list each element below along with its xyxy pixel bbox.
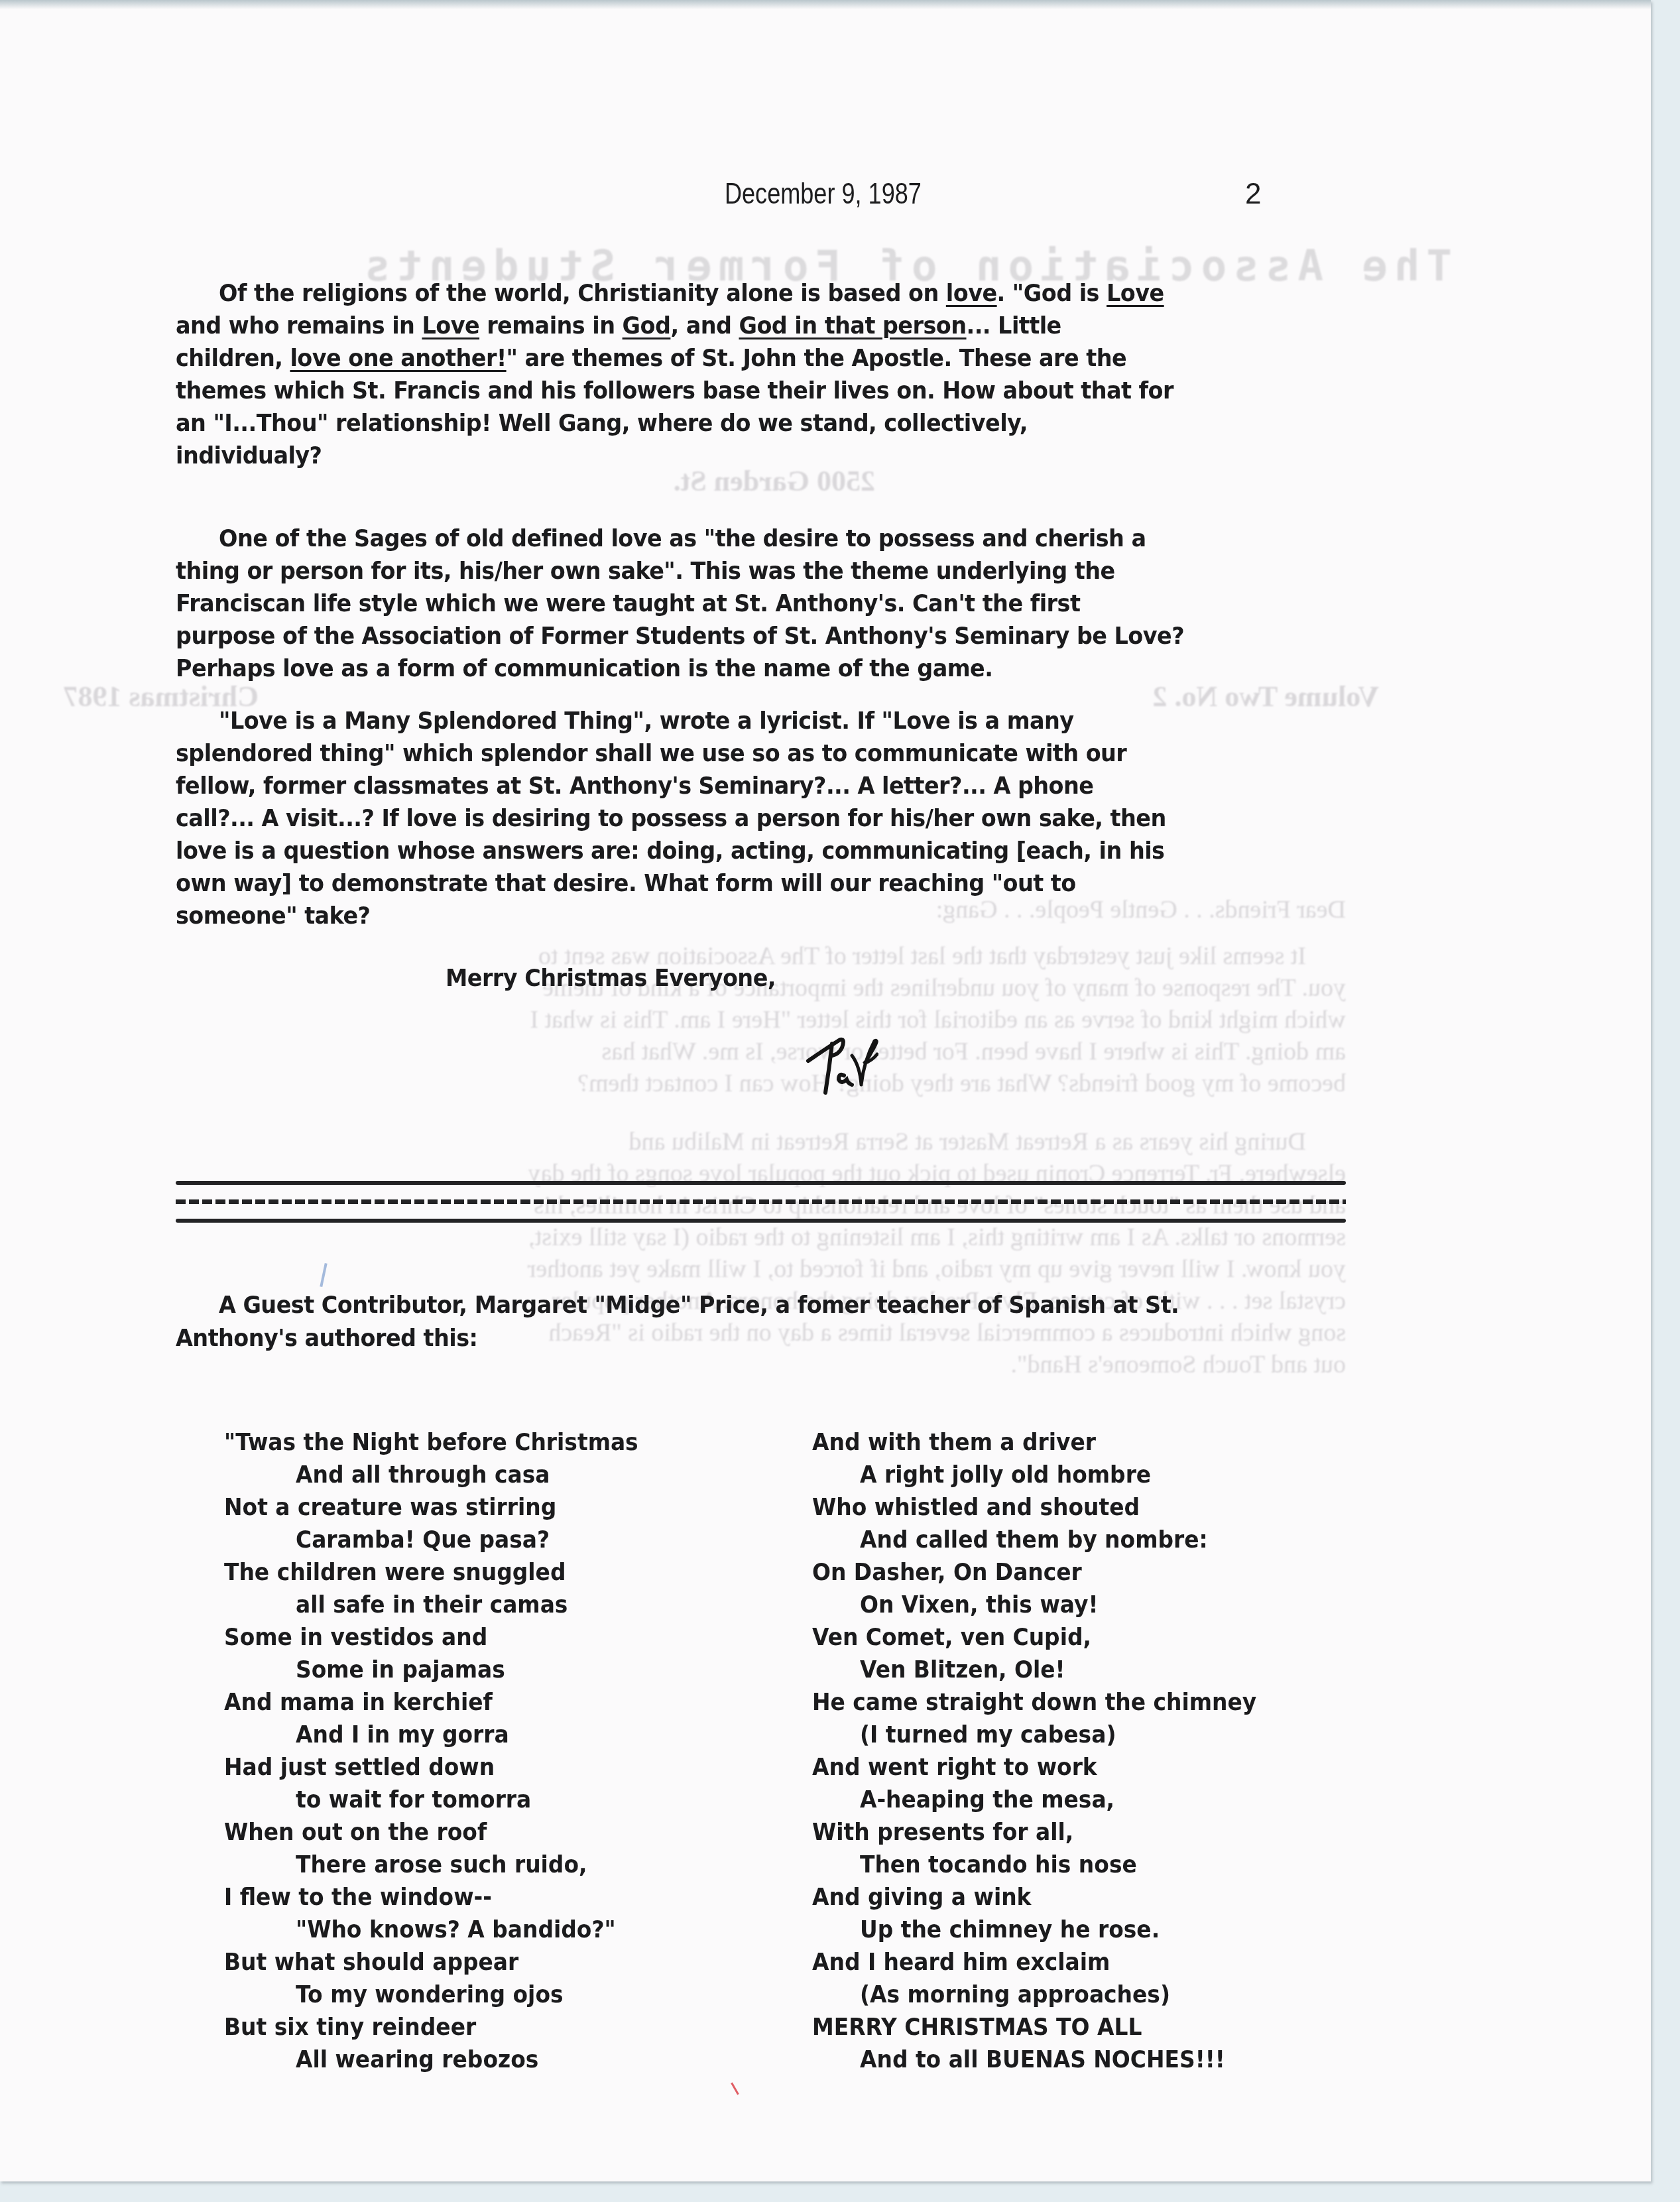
text-run: and who remains in — [176, 312, 422, 339]
guest-intro-line-2: Anthony's authored this: — [176, 1325, 477, 1352]
paragraph-line: and who remains in Love remains in God, … — [176, 312, 1356, 345]
poem-line-text: On Dasher, On Dancer — [812, 1560, 1082, 1586]
underlined-phrase: God — [623, 312, 671, 339]
paragraph-line-text: own way] to demonstrate that desire. Wha… — [176, 870, 1076, 897]
poem-line-text: A right jolly old hombre — [860, 1462, 1151, 1489]
poem-line-text: "Who knows? A bandido?" — [296, 1917, 616, 1943]
underlined-phrase: Love — [422, 312, 479, 339]
poem-line-text: And giving a wink — [812, 1884, 1031, 1911]
divider-rule-bottom — [176, 1219, 1346, 1223]
paragraph-line-text: and who remains in Love remains in God, … — [176, 312, 1061, 339]
poem-line-text: And called them by nombre: — [860, 1527, 1208, 1554]
poem-line-text: And all through casa — [296, 1462, 550, 1489]
text-run: thing or person for its, his/her own sak… — [176, 558, 1115, 585]
paragraph-line-text: an "I...Thou" relationship! Well Gang, w… — [176, 410, 1028, 437]
paragraph-line: Of the religions of the world, Christian… — [176, 280, 1356, 312]
poem-line-text: (I turned my cabesa) — [860, 1722, 1116, 1748]
poem-line-text: Then tocando his nose — [860, 1852, 1137, 1878]
text-run: Perhaps love as a form of communication … — [176, 655, 992, 682]
paragraph-line-text: thing or person for its, his/her own sak… — [176, 558, 1115, 585]
signature-pat: Pat — [806, 1034, 878, 1101]
text-run: purpose of the Association of Former Stu… — [176, 623, 1184, 650]
text-run: children, — [176, 345, 290, 372]
poem-line-text: "Twas the Night before Christmas — [224, 1430, 638, 1456]
text-run: . "God is — [997, 280, 1107, 307]
guest-intro-line-1: A Guest Contributor, Margaret "Midge" Pr… — [219, 1292, 1179, 1319]
paragraph-sages-love: One of the Sages of old defined love as … — [176, 525, 1356, 688]
underlined-phrase: love one another! — [290, 345, 506, 372]
poem-line-text: With presents for all, — [812, 1819, 1073, 1846]
paragraph-line: "Love is a Many Splendored Thing", wrote… — [176, 707, 1356, 740]
bleed-through-line: and use them as "touch stones" of love a… — [534, 1191, 1346, 1220]
text-run: " are themes of St. John the Apostle. Th… — [507, 345, 1127, 372]
poem-line-text: Up the chimney he rose. — [860, 1917, 1160, 1943]
paragraph-line: an "I...Thou" relationship! Well Gang, w… — [176, 410, 1356, 442]
poem-line-text: Caramba! Que pasa? — [296, 1527, 550, 1554]
poem-line-text: all safe in their camas — [296, 1592, 568, 1619]
underlined-phrase: God in that person — [739, 312, 966, 339]
poem-line-text: But what should appear — [224, 1949, 518, 1976]
text-run: an "I...Thou" relationship! Well Gang, w… — [176, 410, 1028, 437]
text-run: call?... A visit...? If love is desiring… — [176, 805, 1166, 832]
poem-line-text: To my wondering ojos — [296, 1982, 564, 2008]
poem-line-text: There arose such ruido, — [296, 1852, 587, 1878]
text-run: fellow, former classmates at St. Anthony… — [176, 772, 1093, 800]
paragraph-line: love is a question whose answers are: do… — [176, 837, 1356, 870]
paragraph-line: Franciscan life style which we were taug… — [176, 590, 1356, 623]
poem-line-text: The children were snuggled — [224, 1560, 566, 1586]
stray-pen-mark — [320, 1263, 327, 1287]
paragraph-line: themes which St. Francis and his followe… — [176, 377, 1356, 410]
paragraph-line: call?... A visit...? If love is desiring… — [176, 805, 1356, 837]
paragraph-line-text: splendored thing" which splendor shall w… — [176, 740, 1126, 767]
paragraph-line-text: One of the Sages of old defined love as … — [219, 525, 1146, 552]
paragraph-line-text: purpose of the Association of Former Stu… — [176, 623, 1184, 650]
poem-line-text: All wearing rebozos — [296, 2047, 538, 2073]
paragraph-line-text: individualy? — [176, 442, 322, 469]
poem-line-text: Some in pajamas — [296, 1657, 505, 1683]
bleed-through-line: out and Touch Someone's Hand". — [1010, 1350, 1346, 1379]
poem-line-text: Ven Blitzen, Ole! — [860, 1657, 1065, 1683]
poem-line-text: He came straight down the chimney — [812, 1689, 1256, 1716]
paragraph-line: own way] to demonstrate that desire. Wha… — [176, 870, 1356, 902]
paragraph-line: someone" take? — [176, 902, 1356, 935]
paragraph-line: One of the Sages of old defined love as … — [176, 525, 1356, 558]
divider-rule-top — [176, 1181, 1346, 1185]
paragraph-line-text: someone" take? — [176, 902, 370, 930]
bleed-through-line: sermons or talks. As I am writing this, … — [528, 1223, 1346, 1252]
bleed-through-line: am doing. This is where I have been. For… — [602, 1037, 1346, 1066]
poem-line-text: But six tiny reindeer — [224, 2014, 476, 2041]
paragraph-line-text: children, love one another!" are themes … — [176, 345, 1126, 372]
paragraph-line: purpose of the Association of Former Stu… — [176, 623, 1356, 655]
text-run: love is a question whose answers are: do… — [176, 837, 1164, 865]
poem-line-text: And went right to work — [812, 1754, 1097, 1781]
stray-red-mark — [731, 2083, 739, 2095]
text-run: themes which St. Francis and his followe… — [176, 377, 1173, 404]
poem-line-text: Had just settled down — [224, 1754, 495, 1781]
paragraph-many-splendored: "Love is a Many Splendored Thing", wrote… — [176, 707, 1356, 935]
text-run: remains in — [479, 312, 623, 339]
poem-line-text: (As morning approaches) — [860, 1982, 1170, 2008]
poem-line-text: Some in vestidos and — [224, 1624, 487, 1651]
paragraph-line: thing or person for its, his/her own sak… — [176, 558, 1356, 590]
bleed-through-line: which might kind of serve as an editoria… — [530, 1005, 1347, 1034]
poem-line-text: A-heaping the mesa, — [860, 1787, 1114, 1813]
poem-line-text: Who whistled and shouted — [812, 1495, 1140, 1521]
underlined-phrase: Love — [1107, 280, 1164, 307]
poem-line-text: And with them a driver — [812, 1430, 1096, 1456]
letter-date: December 9, 1987 — [725, 178, 922, 211]
poem-line-text: to wait for tomorra — [296, 1787, 531, 1813]
text-run: Of the religions of the world, Christian… — [219, 280, 946, 307]
paragraph-christianity-love: Of the religions of the world, Christian… — [176, 280, 1356, 475]
poem-line-text: On Vixen, this way! — [860, 1592, 1098, 1619]
paragraph-line: children, love one another!" are themes … — [176, 345, 1356, 377]
paragraph-line-text: Perhaps love as a form of communication … — [176, 655, 992, 682]
poem-line-text: MERRY CHRISTMAS TO ALL — [812, 2014, 1142, 2041]
page-number: 2 — [1245, 178, 1261, 211]
paragraph-line: Perhaps love as a form of communication … — [176, 655, 1356, 688]
paragraph-line-text: Franciscan life style which we were taug… — [176, 590, 1080, 617]
bleed-through-line: song which introduces a commercial sever… — [548, 1318, 1346, 1347]
poem-line-text: I flew to the window-- — [224, 1884, 492, 1911]
text-run: ... Little — [967, 312, 1061, 339]
underlined-phrase: love — [946, 280, 997, 307]
paragraph-line: splendored thing" which splendor shall w… — [176, 740, 1356, 772]
poem-line-text: When out on the roof — [224, 1819, 487, 1846]
poem-line-text: And I heard him exclaim — [812, 1949, 1110, 1976]
text-run: someone" take? — [176, 902, 370, 930]
text-run: own way] to demonstrate that desire. Wha… — [176, 870, 1076, 897]
paragraph-line-text: love is a question whose answers are: do… — [176, 837, 1164, 865]
poem-line-text: And mama in kerchief — [224, 1689, 493, 1716]
poem-line-text: Not a creature was stirring — [224, 1495, 556, 1521]
text-run: One of the Sages of old defined love as … — [219, 525, 1146, 552]
bleed-through-line: During his years as a Retreat Master at … — [629, 1127, 1306, 1156]
paragraph-line: fellow, former classmates at St. Anthony… — [176, 772, 1356, 805]
paragraph-line-text: themes which St. Francis and his followe… — [176, 377, 1173, 404]
paragraph-line-text: "Love is a Many Splendored Thing", wrote… — [219, 707, 1074, 735]
text-run: , and — [670, 312, 739, 339]
poem-line-text: And to all BUENAS NOCHES!!! — [860, 2047, 1225, 2073]
bleed-through-line: you know. I will never give up my radio,… — [528, 1254, 1346, 1284]
bleed-through-line: become of my good friends? What are they… — [577, 1069, 1346, 1098]
letter-page: The Association of Former Students 2500 … — [0, 0, 1651, 2181]
paragraph-line-text: call?... A visit...? If love is desiring… — [176, 805, 1166, 832]
paragraph-line: individualy? — [176, 442, 1356, 475]
text-run: "Love is a Many Splendored Thing", wrote… — [219, 707, 1074, 735]
poem-line-text: Ven Comet, ven Cupid, — [812, 1624, 1091, 1651]
poem-line-text: And I in my gorra — [296, 1722, 509, 1748]
text-run: individualy? — [176, 442, 322, 469]
closing-greeting: Merry Christmas Everyone, — [446, 965, 776, 992]
text-run: splendored thing" which splendor shall w… — [176, 740, 1126, 767]
text-run: Franciscan life style which we were taug… — [176, 590, 1080, 617]
paragraph-line-text: fellow, former classmates at St. Anthony… — [176, 772, 1093, 800]
paragraph-line-text: Of the religions of the world, Christian… — [219, 280, 1164, 307]
divider-rule-dashed — [176, 1199, 1346, 1204]
